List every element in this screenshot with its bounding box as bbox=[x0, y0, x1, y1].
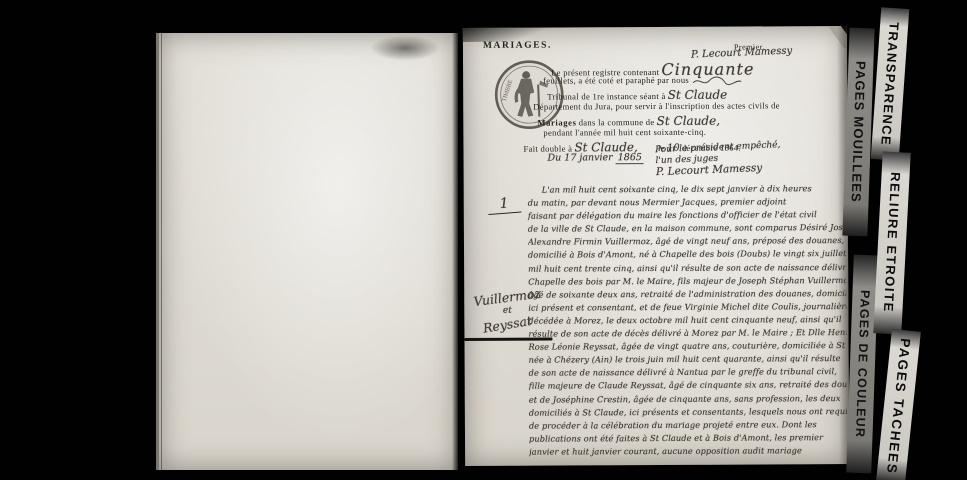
ink-smudge bbox=[370, 35, 440, 61]
handwritten-act-body: L'an mil huit cent soixante cinq, le dix… bbox=[528, 182, 847, 464]
label-pages-mouillees: PAGES MOUILLEES bbox=[842, 28, 874, 237]
handwritten-act-line: domicilié à Bois d'Amont, né à Chapelle … bbox=[528, 247, 846, 262]
statement-line-2: feuillets, a été coté et paraphé par nou… bbox=[543, 75, 743, 88]
corner-judge-signature: P. Lecourt Mamessy bbox=[691, 46, 793, 61]
signature-scribble-icon bbox=[691, 75, 743, 87]
act-date-text: Du 17 janvier bbox=[548, 152, 613, 163]
statement-printed: feuillets, a été coté et paraphé par nou… bbox=[543, 75, 689, 86]
judge-signature: P. Lecourt Mamessy bbox=[656, 162, 782, 178]
register-type-heading: MARIAGES. bbox=[483, 41, 552, 51]
approval-block: Pour le président empêché, l'un des juge… bbox=[655, 140, 782, 178]
act-number-value: 1 bbox=[487, 195, 521, 215]
label-reliure-etroite: RELIURE ETROITE bbox=[873, 151, 910, 334]
archive-scan-viewport: MARIAGES. Premier. P. Lecourt Mamessy TI… bbox=[0, 0, 967, 480]
handwritten-act-line: mil huit cent trente cinq, ainsi qu'il r… bbox=[528, 261, 846, 276]
label-pages-de-couleur: PAGES DE COULEUR bbox=[846, 255, 879, 474]
act-number: 1 bbox=[488, 196, 521, 214]
handwritten-act-line: L'an mil huit cent soixante cinq, le dix… bbox=[528, 182, 846, 197]
handwritten-act-line: janvier et huit janvier courant, aucune … bbox=[529, 444, 847, 459]
statement-printed: pendant l'année mil huit cent soixante-c… bbox=[543, 127, 706, 138]
left-blank-page bbox=[156, 33, 458, 470]
handwritten-act-line: fille majeure de Claude Reyssat, âgé de … bbox=[529, 378, 847, 393]
statement-printed-bold: Mariages bbox=[537, 117, 576, 127]
right-register-page: MARIAGES. Premier. P. Lecourt Mamessy TI… bbox=[463, 26, 849, 466]
statement-line-6: pendant l'année mil huit cent soixante-c… bbox=[543, 127, 706, 138]
statement-printed: Département du Jura, pour servir à l'ins… bbox=[533, 100, 780, 111]
handwritten-act-line: Chapelle des bois par M. le Maire, fils … bbox=[528, 274, 846, 289]
page-edge-line bbox=[161, 33, 162, 470]
label-transparence: TRANSPARENCE bbox=[871, 7, 910, 161]
label-pages-tachees: PAGES TACHEES bbox=[876, 329, 921, 480]
statement-line-4: Département du Jura, pour servir à l'ins… bbox=[533, 100, 780, 111]
act-date-year: 1865 bbox=[616, 152, 644, 164]
act-date-note: Du 17 janvier 1865 bbox=[548, 152, 644, 164]
statement-printed: Tribunal de 1re instance séant à bbox=[547, 91, 665, 102]
handwritten-act-line: domiciliés à St Claude, ici présents et … bbox=[529, 405, 847, 420]
statement-printed: dans la commune de bbox=[579, 117, 655, 127]
handwritten-act-line: et de Joséphine Crestin, âgée de cinquan… bbox=[529, 392, 847, 407]
